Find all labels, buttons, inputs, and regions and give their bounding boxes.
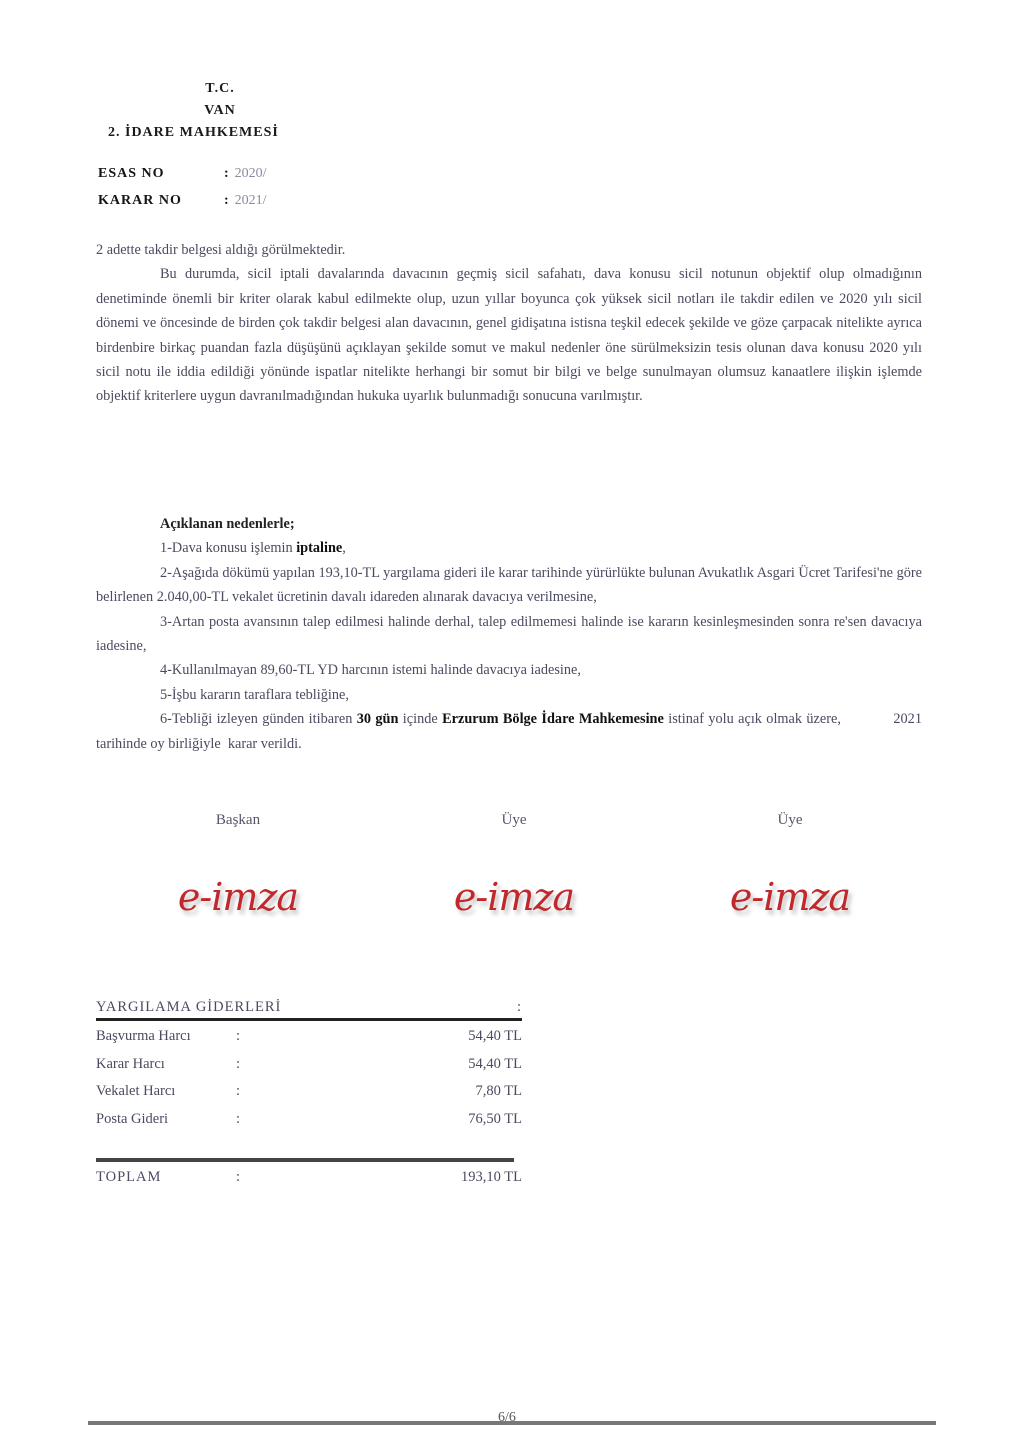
item6-deadline: 30 gün bbox=[357, 711, 399, 727]
total-label: TOPLAM bbox=[96, 1164, 236, 1192]
table-row: Vekalet Harcı : 7,80 TL bbox=[96, 1078, 522, 1106]
total-row: TOPLAM : 193,10 TL bbox=[96, 1164, 522, 1192]
verdict-section: Açıklanan nedenlerle; 1-Dava konusu işle… bbox=[96, 512, 922, 756]
cost-label: Posta Gideri bbox=[96, 1106, 236, 1134]
table-row: Karar Harcı : 54,40 TL bbox=[96, 1051, 522, 1079]
esas-row: ESAS NO : 2020/ bbox=[98, 160, 267, 187]
cost-value: 7,80 TL bbox=[276, 1078, 522, 1106]
e-signature-stamp-icon: e-imza bbox=[690, 875, 890, 919]
esas-separator: : bbox=[224, 160, 229, 187]
document-page: T.C. VAN 2. İDARE MAHKEMESİ ESAS NO : 20… bbox=[0, 0, 1024, 1450]
karar-label: KARAR NO bbox=[98, 187, 224, 214]
e-signature-stamp-icon: e-imza bbox=[414, 875, 614, 919]
total-sep: : bbox=[236, 1164, 276, 1192]
header-court-name: 2. İDARE MAHKEMESİ bbox=[100, 122, 340, 144]
verdict-item-2: 2-Aşağıda dökümü yapılan 193,10-TL yargı… bbox=[96, 561, 922, 610]
karar-value: 2021/ bbox=[235, 187, 267, 214]
cost-sep: : bbox=[236, 1078, 276, 1106]
signature-title: Üye bbox=[414, 812, 614, 829]
header-city: VAN bbox=[100, 100, 340, 122]
signature-title: Üye bbox=[690, 812, 890, 829]
item6-court: Erzurum Bölge İdare Mahkemesine bbox=[442, 711, 664, 727]
decision-body: 2 adette takdir belgesi aldığı görülmekt… bbox=[96, 238, 922, 409]
esas-label: ESAS NO bbox=[98, 160, 224, 187]
karar-separator: : bbox=[224, 187, 229, 214]
signature-president: Başkan e-imza bbox=[138, 812, 338, 919]
item1-text: 1-Dava konusu işlemin bbox=[160, 540, 296, 556]
cost-value: 76,50 TL bbox=[276, 1106, 522, 1134]
verdict-item-1: 1-Dava konusu işlemin iptaline, bbox=[96, 536, 922, 560]
court-costs-table: YARGILAMA GİDERLERİ : Başvurma Harcı : 5… bbox=[96, 996, 522, 1192]
cost-sep: : bbox=[236, 1106, 276, 1134]
costs-title: YARGILAMA GİDERLERİ bbox=[96, 996, 281, 1018]
header-tc: T.C. bbox=[100, 78, 340, 100]
footer-rule bbox=[88, 1421, 936, 1425]
cost-sep: : bbox=[236, 1051, 276, 1079]
costs-title-sep: : bbox=[517, 996, 522, 1018]
body-paragraph: Bu durumda, sicil iptali davalarında dav… bbox=[96, 262, 922, 408]
verdict-item-5: 5-İşbu kararın taraflara tebliğine, bbox=[96, 683, 922, 707]
item6-mid: içinde bbox=[398, 711, 442, 727]
karar-row: KARAR NO : 2021/ bbox=[98, 187, 267, 214]
signature-block: Başkan e-imza Üye e-imza Üye e-imza bbox=[0, 812, 1024, 962]
verdict-heading: Açıklanan nedenlerle; bbox=[96, 512, 922, 536]
cost-value: 54,40 TL bbox=[276, 1051, 522, 1079]
body-first-line: 2 adette takdir belgesi aldığı görülmekt… bbox=[96, 238, 922, 262]
costs-header-rule bbox=[96, 1018, 522, 1021]
esas-value: 2020/ bbox=[235, 160, 267, 187]
signature-member-2: Üye e-imza bbox=[690, 812, 890, 919]
verdict-item-6: 6-Tebliği izleyen günden itibaren 30 gün… bbox=[96, 707, 922, 756]
e-signature-stamp-icon: e-imza bbox=[138, 875, 338, 919]
total-value: 193,10 TL bbox=[276, 1164, 522, 1192]
court-header: T.C. VAN 2. İDARE MAHKEMESİ bbox=[100, 78, 340, 144]
total-rule bbox=[96, 1158, 514, 1162]
cost-label: Vekalet Harcı bbox=[96, 1078, 236, 1106]
verdict-item-4: 4-Kullanılmayan 89,60-TL YD harcının ist… bbox=[96, 658, 922, 682]
item1-post: , bbox=[342, 540, 346, 556]
cost-sep: : bbox=[236, 1023, 276, 1051]
cost-label: Karar Harcı bbox=[96, 1051, 236, 1079]
item6-pre: 6-Tebliği izleyen günden itibaren bbox=[160, 711, 357, 727]
cost-value: 54,40 TL bbox=[276, 1023, 522, 1051]
table-row: Posta Gideri : 76,50 TL bbox=[96, 1106, 522, 1134]
table-row: Başvurma Harcı : 54,40 TL bbox=[96, 1023, 522, 1051]
case-numbers: ESAS NO : 2020/ KARAR NO : 2021/ bbox=[98, 160, 267, 214]
signature-member-1: Üye e-imza bbox=[414, 812, 614, 919]
cost-label: Başvurma Harcı bbox=[96, 1023, 236, 1051]
verdict-item-3: 3-Artan posta avansının talep edilmesi h… bbox=[96, 610, 922, 659]
item1-bold: iptaline bbox=[296, 540, 342, 556]
costs-header: YARGILAMA GİDERLERİ : bbox=[96, 996, 522, 1018]
signature-title: Başkan bbox=[138, 812, 338, 829]
